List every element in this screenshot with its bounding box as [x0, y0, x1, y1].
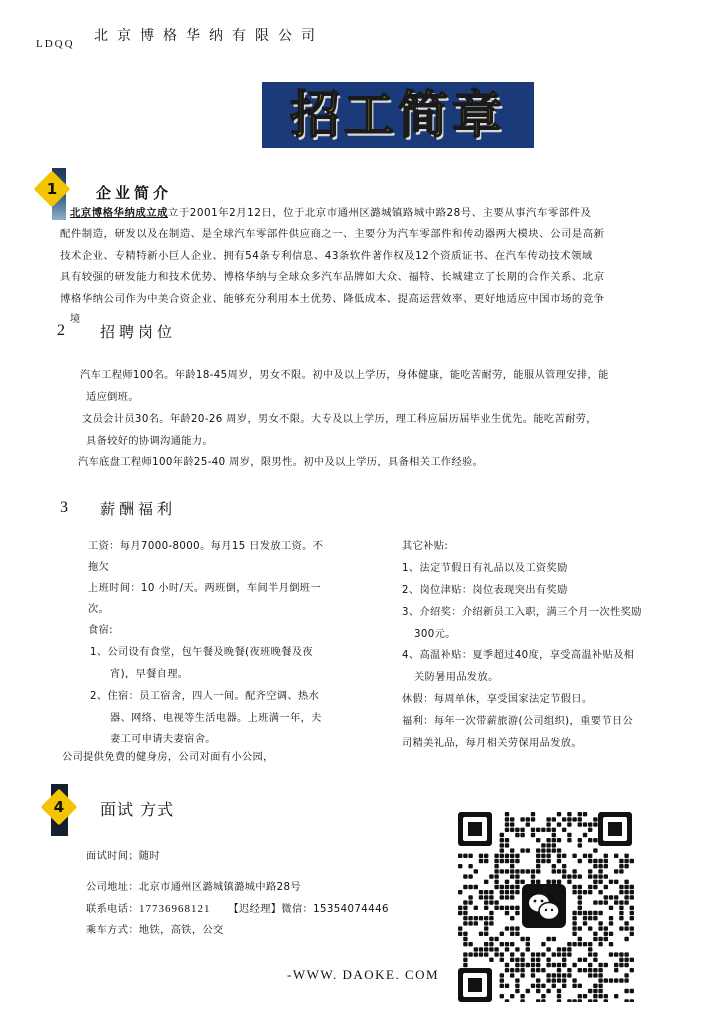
benefit-left-line: 妻工可申请夫妻宿舍。 [110, 730, 216, 745]
benefit-right-line: 4、高温补贴：夏季超过40度，享受高温补贴及相 [402, 646, 634, 661]
benefit-right-line: 司精美礼品，每月相关劳保用品发放。 [402, 734, 582, 749]
contact-row: 联系电话：17736968121【迟经理】微信：15354074446 [86, 900, 389, 915]
position-line: 汽车底盘工程师100年龄25-40 周岁，限男性。初中及以上学历，具备相关工作经… [78, 453, 483, 468]
benefit-right-line: 其它补贴: [402, 537, 448, 552]
benefit-right-line: 福利：每年一次带薪旅游(公司组织)，重要节日公 [402, 712, 633, 727]
benefit-left-line: 1、公司设有食堂，包午餐及晚餐(夜班晚餐及夜 [90, 643, 313, 658]
wechat-id: 15354074446 [313, 904, 389, 915]
benefit-right-line: 休假：每周单休，享受国家法定节假日。 [402, 690, 593, 705]
website-link[interactable]: -WWW. DAOKE. COM [287, 967, 439, 983]
company-intro-lines: 配件制造，研发以及在制造、是全球汽车零部件供应商之一、主要分为汽车零部件和传动器… [60, 224, 700, 310]
qr-code-pattern [456, 810, 634, 1002]
section-title-interview: 面试 方式 [100, 797, 174, 820]
intro-overflow-char: 境 [70, 310, 80, 325]
benefit-left-line: 2、住宿：员工宿舍，四人一间。配齐空调、热水 [90, 687, 319, 702]
phone-number: 17736968121 [139, 903, 211, 915]
recruitment-banner: 招工简章 [262, 82, 534, 148]
intro-lead: 北京博格华纳成立成 [70, 207, 168, 219]
benefit-right-line: 3、介绍奖：介绍新员工入职，满三个月一次性奖励 [402, 603, 642, 618]
company-name: 北京博格华纳有限公司 [94, 25, 324, 45]
section-4-badge: 4 [44, 784, 74, 836]
intro-line: 立于2001年2月12日，位于北京市通州区潞城镇路城中路28号、主要从事汽车零部… [168, 207, 591, 219]
benefit-left-line: 器、网络、电视等生活电器。上班满一年，夫 [110, 709, 322, 724]
benefit-right-line: 2、岗位津贴：岗位表现突出有奖励 [402, 581, 568, 596]
benefit-left-line: 食宿: [88, 621, 113, 636]
benefit-left-line: 公司提供免费的健身房，公司对面有小公园， [62, 748, 274, 763]
intro-line: 具有较强的研发能力和技术优势、博格华纳与全球众多汽车品牌如大众、福特、长城建立了… [60, 267, 700, 289]
interview-time: 面试时间；随时 [86, 847, 160, 862]
section-title-benefits: 薪酬福利 [100, 498, 176, 519]
company-intro-paragraph: 北京博格华纳成立成立于2001年2月12日，位于北京市通州区潞城镇路城中路28号… [70, 203, 690, 225]
section-number: 4 [46, 794, 72, 820]
benefit-left-line: 上班时间：10 小时/天。两班倒，车间半月倒班一 [88, 579, 321, 594]
section-title-positions: 招聘岗位 [100, 321, 176, 342]
banner-title: 招工简章 [290, 90, 506, 140]
section-number: 2 [57, 322, 65, 340]
transport-info: 乘车方式：地铁，高铁，公交 [86, 921, 224, 936]
company-address: 公司地址：北京市通州区潞城镇潞城中路28号 [86, 878, 301, 893]
benefit-left-line: 宵)，早餐自理。 [110, 665, 189, 680]
benefit-left-line: 次。 [88, 600, 109, 615]
benefit-right-line: 1、法定节假日有礼品以及工资奖励 [402, 559, 568, 574]
wechat-label: 【迟经理】微信： [228, 904, 313, 915]
position-line: 汽车工程师100名。年龄18-45周岁，男女不限。初中及以上学历，身体健康，能吃… [80, 366, 609, 381]
benefit-left-line: 拖欠 [88, 558, 109, 573]
section-number: 3 [60, 499, 68, 517]
intro-line: 配件制造，研发以及在制造、是全球汽车零部件供应商之一、主要分为汽车零部件和传动器… [60, 224, 700, 246]
section-1-badge: 1 [36, 168, 66, 220]
benefit-left-line: 工资：每月7000-8000。每月15 日发放工资。不 [88, 537, 323, 552]
intro-line: 技术企业、专精特新小巨人企业、拥有54条专利信息、43条软件著作权及12个资质证… [60, 246, 700, 268]
benefit-right-line: 关防暑用品发放。 [414, 668, 499, 683]
wechat-qr-code[interactable] [456, 810, 634, 1002]
position-line: 适应倒班。 [86, 388, 139, 403]
benefit-right-line: 300元。 [414, 625, 456, 640]
section-number: 1 [39, 176, 65, 202]
section-title-company-intro: 企业简介 [96, 182, 172, 203]
header-code: LDQQ [36, 38, 75, 50]
position-line: 具备较好的协调沟通能力。 [86, 432, 213, 447]
phone-label: 联系电话： [86, 904, 139, 915]
position-line: 文员会计员30名。年龄20-26 周岁，男女不限。大专及以上学历，理工科应届历届… [82, 410, 597, 425]
intro-line: 博格华纳公司作为中美合资企业、能够充分利用本土优势、降低成本、提高运营效率、更好… [60, 289, 700, 311]
